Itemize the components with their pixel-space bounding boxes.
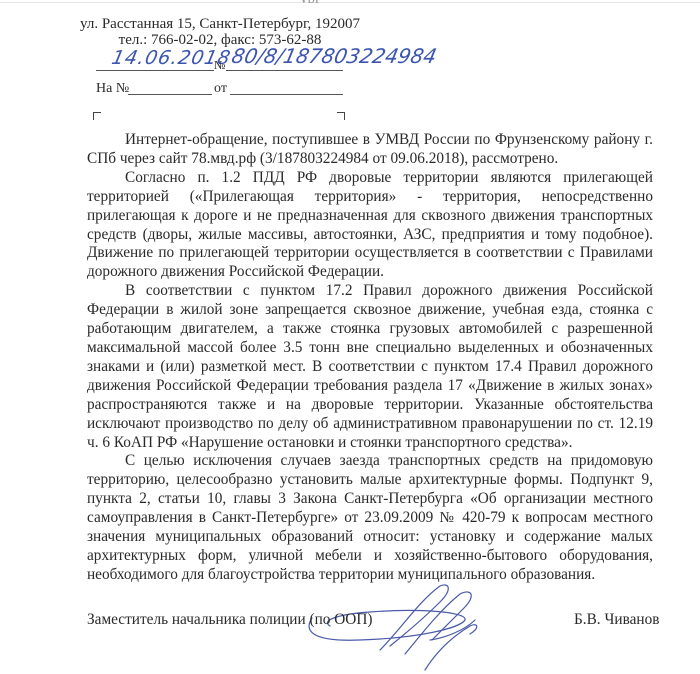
cropped-header-text: ург	[300, 0, 500, 3]
paragraph: Согласно п. 1.2 ПДД РФ дворовые территор…	[87, 169, 653, 282]
reference-date-blank	[230, 94, 343, 95]
paragraph: В соответствии с пунктом 17.2 Правил дор…	[87, 282, 653, 452]
paragraph: Интернет-обращение, поступившее в УМВД Р…	[87, 131, 653, 169]
letter-page: ург ул. Расстанная 15, Санкт-Петербург, …	[0, 0, 700, 674]
reference-number-label: На №	[96, 81, 129, 97]
paragraph: С целью исключения случаев заезда трансп…	[87, 452, 653, 584]
reference-number-blank	[128, 94, 212, 95]
address-line: ул. Расстанная 15, Санкт-Петербург, 1920…	[0, 16, 440, 33]
handwritten-outgoing-number: 80/8/187803224984	[229, 44, 438, 68]
addressee-corner-right	[337, 112, 345, 120]
number-underline	[226, 70, 343, 71]
addressee-corner-left	[93, 112, 101, 120]
letter-body: Интернет-обращение, поступившее в УМВД Р…	[87, 131, 653, 585]
signatory-title: Заместитель начальника полиции (по ООП)	[87, 611, 372, 629]
reference-from-label: от	[214, 81, 227, 97]
number-sign: №	[214, 58, 225, 73]
signatory-name: Б.В. Чиванов	[574, 611, 659, 629]
date-underline	[96, 70, 214, 71]
